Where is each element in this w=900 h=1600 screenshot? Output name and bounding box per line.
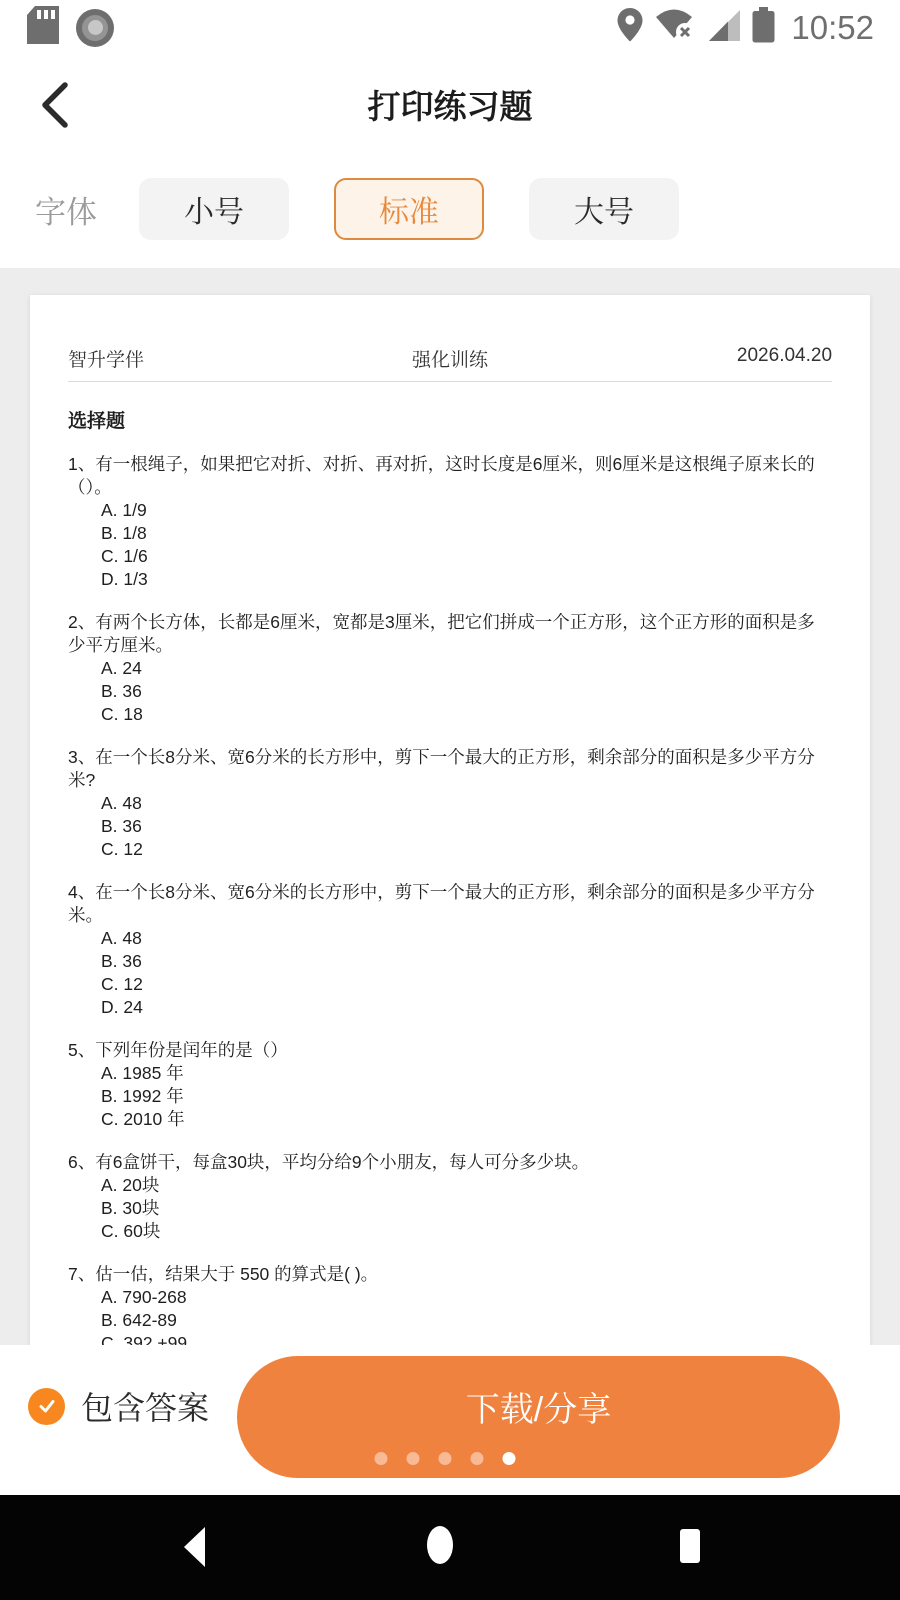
page-dot [407,1452,420,1465]
question-option: B. 36 [68,815,832,838]
download-share-label: 下载/分享 [466,1382,611,1431]
page-dot [503,1452,516,1465]
question-option: B. 642-89 [68,1309,832,1332]
question: 4、在一个长8分米、宽6分米的长方形中，剪下一个最大的正方形，剩余部分的面积是多… [68,881,832,1019]
font-selector-label: 字体 [35,187,97,232]
question-option: C. 1/6 [68,545,832,568]
question-option: B. 1/8 [68,522,832,545]
screen-record-icon [76,9,114,47]
include-answers-label: 包含答案 [81,1383,209,1429]
page-title: 打印练习题 [0,81,900,128]
question-option: D. 1/3 [68,568,832,591]
question-text: 5、下列年份是闰年的是（） [68,1039,832,1062]
worksheet-page[interactable]: 智升学伴 强化训练 2026.04.20 选择题1、有一根绳子，如果把它对折、对… [30,295,870,1345]
location-icon [617,8,643,47]
question-text: 7、估一估，结果大于 550 的算式是( )。 [68,1263,832,1286]
nav-recents-icon[interactable] [680,1529,700,1563]
worksheet-header: 智升学伴 强化训练 2026.04.20 [68,295,832,372]
app-header: 打印练习题 [0,55,900,150]
question-option: B. 36 [68,680,832,703]
screen-record-icon-ring [82,15,108,41]
question: 3、在一个长8分米、宽6分米的长方形中，剪下一个最大的正方形，剩余部分的面积是多… [68,746,832,861]
question-option: B. 1992 年 [68,1085,832,1108]
question-option: A. 24 [68,657,832,680]
question: 5、下列年份是闰年的是（）A. 1985 年B. 1992 年C. 2010 年 [68,1039,832,1131]
question-option: A. 1/9 [68,499,832,522]
question-option: C. 12 [68,973,832,996]
question: 6、有6盒饼干，每盒30块，平均分给9个小朋友，每人可分多少块。A. 20块B.… [68,1151,832,1243]
status-time: 10:52 [791,9,874,47]
question-option: C. 2010 年 [68,1108,832,1131]
question-option: C. 12 [68,838,832,861]
android-nav-bar [0,1495,900,1600]
question: 1、有一根绳子，如果把它对折、对折、再对折，这时长度是6厘米，则6厘米是这根绳子… [68,453,832,591]
question-option: D. 24 [68,996,832,1019]
question-text: 4、在一个长8分米、宽6分米的长方形中，剪下一个最大的正方形，剩余部分的面积是多… [68,881,832,927]
question-option: A. 1985 年 [68,1062,832,1085]
question-option: A. 48 [68,792,832,815]
status-bar: 10:52 [0,0,900,55]
font-size-selector: 字体 小号 标准 大号 [0,150,900,268]
nav-home-icon[interactable] [427,1526,453,1564]
font-option-small[interactable]: 小号 [139,178,289,240]
include-answers-toggle[interactable]: 包含答案 [28,1383,209,1429]
worksheet-title: 强化训练 [323,345,578,372]
page-dot [375,1452,388,1465]
question-text: 1、有一根绳子，如果把它对折、对折、再对折，这时长度是6厘米，则6厘米是这根绳子… [68,453,832,499]
screen-record-icon-core [88,20,103,35]
battery-icon [752,7,775,48]
nav-back-icon[interactable] [184,1527,205,1567]
worksheet-header-divider [68,381,832,382]
section-heading: 选择题 [68,406,832,433]
question-option: C. 392 +99 [68,1332,832,1345]
question-option: B. 36 [68,950,832,973]
font-option-large[interactable]: 大号 [529,178,679,240]
font-option-standard[interactable]: 标准 [334,178,484,240]
page-dot [439,1452,452,1465]
bottom-action-bar: 包含答案 下载/分享 [0,1345,900,1495]
worksheet-blocks: 选择题1、有一根绳子，如果把它对折、对折、再对折，这时长度是6厘米，则6厘米是这… [68,406,832,1345]
question-text: 3、在一个长8分米、宽6分米的长方形中，剪下一个最大的正方形，剩余部分的面积是多… [68,746,832,792]
question: 2、有两个长方体，长都是6厘米，宽都是3厘米，把它们拼成一个正方形，这个正方形的… [68,611,832,726]
status-icons-right: 10:52 [617,7,874,48]
cell-signal-icon [709,10,740,46]
worksheet-brand: 智升学伴 [68,345,323,372]
question: 7、估一估，结果大于 550 的算式是( )。A. 790-268B. 642-… [68,1263,832,1345]
page-dot [471,1452,484,1465]
sd-card-icon [26,5,60,50]
wifi-disconnected-icon [655,9,697,46]
question-option: A. 20块 [68,1174,832,1197]
page-dots [375,1452,516,1465]
question-option: A. 790-268 [68,1286,832,1309]
worksheet-preview-area: 智升学伴 强化训练 2026.04.20 选择题1、有一根绳子，如果把它对折、对… [0,268,900,1345]
status-icons-left [26,5,114,50]
question-option: B. 30块 [68,1197,832,1220]
worksheet-date: 2026.04.20 [577,345,832,372]
question-option: C. 18 [68,703,832,726]
question-text: 6、有6盒饼干，每盒30块，平均分给9个小朋友，每人可分多少块。 [68,1151,832,1174]
question-text: 2、有两个长方体，长都是6厘米，宽都是3厘米，把它们拼成一个正方形，这个正方形的… [68,611,832,657]
checkbox-checked-icon [28,1388,65,1425]
question-option: C. 60块 [68,1220,832,1243]
question-option: A. 48 [68,927,832,950]
download-share-button[interactable]: 下载/分享 [237,1356,840,1478]
